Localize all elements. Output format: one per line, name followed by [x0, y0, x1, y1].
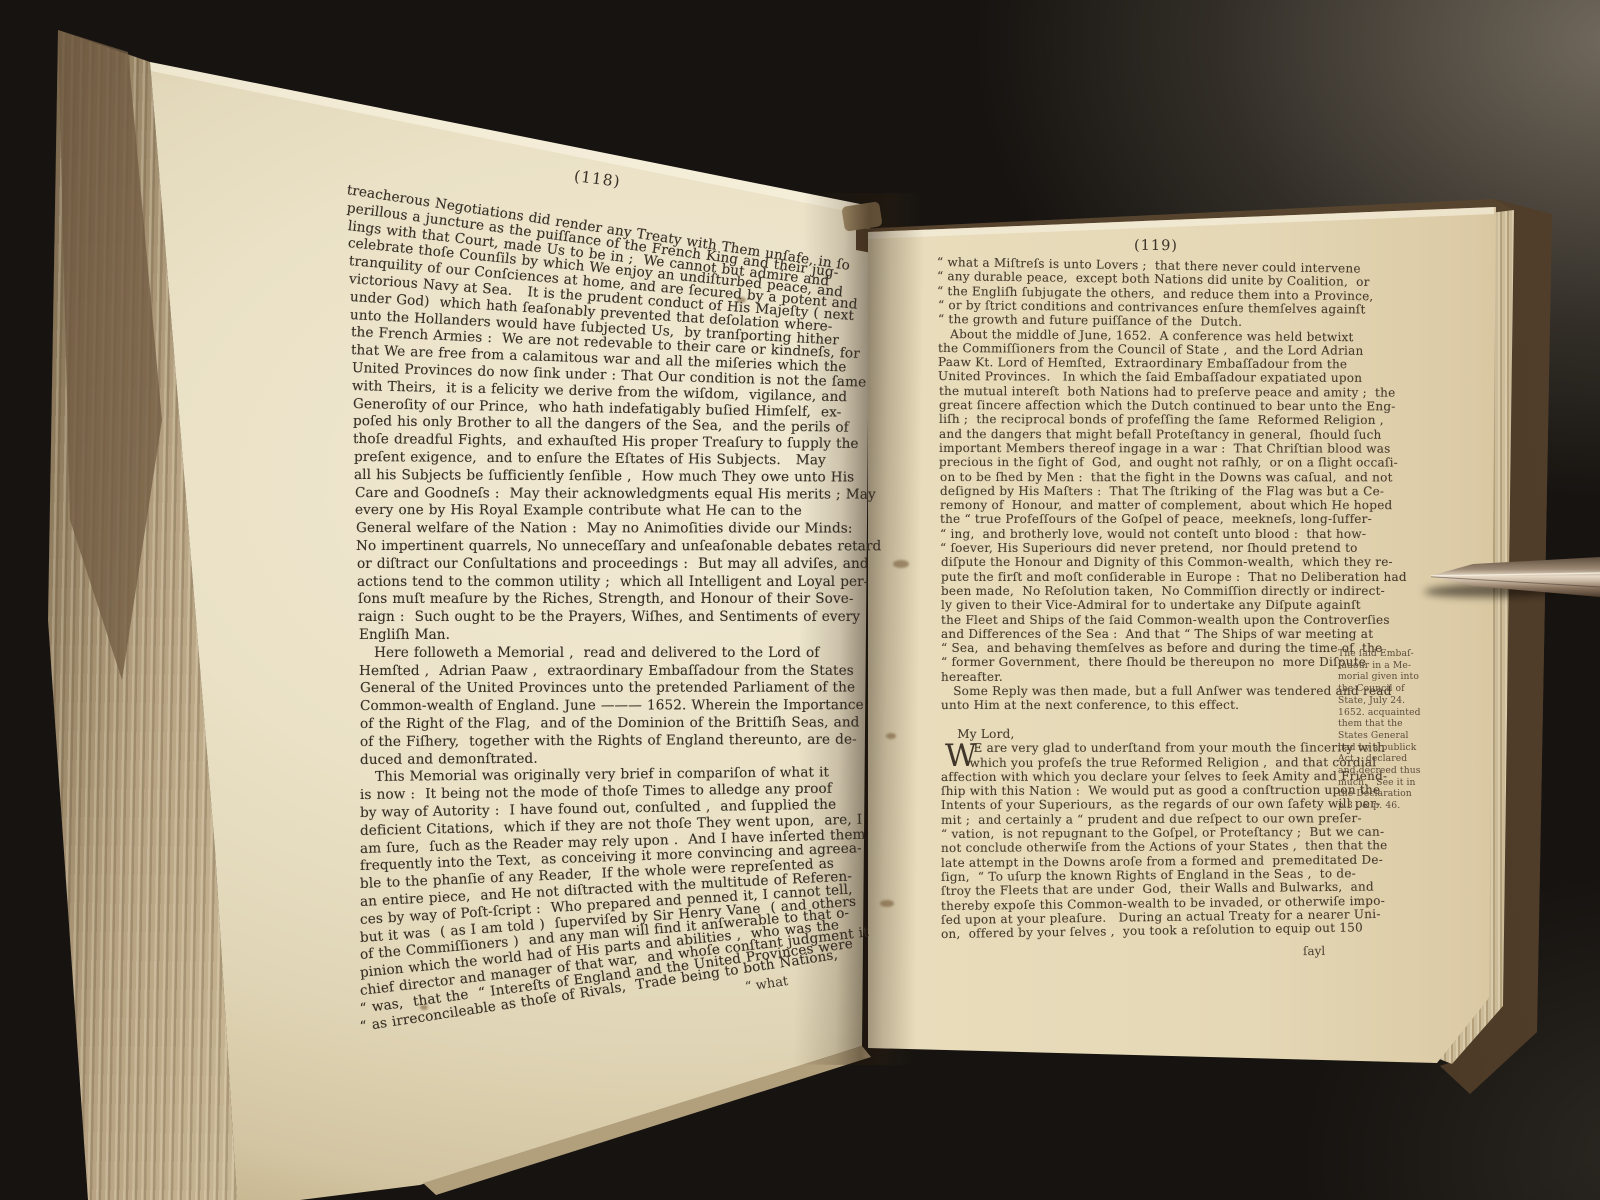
text-line: preſent exigence, and to enſure the Eſta…	[354, 449, 826, 468]
text-line: Act , declared	[1338, 753, 1407, 764]
text-line: actions tend to the common utility ; whi…	[357, 574, 868, 590]
text-line: “ ſoever, His Superiours did never prete…	[940, 541, 1358, 555]
text-line: No impertinent quarrels, No unneceſſary …	[356, 538, 881, 554]
text-line: E are very glad to underſtand from your …	[941, 741, 1385, 756]
text-line: “ former Government, there ſhould be the…	[941, 655, 1366, 669]
text-line: of the Right of the Flag, and of the Dom…	[360, 714, 860, 732]
text-line: “ Sea, and behaving themſelves as before…	[941, 641, 1382, 655]
text-line: United Provinces. In which the ſaid Emba…	[938, 369, 1362, 385]
text-line: and Differences of the Sea : And that “ …	[941, 627, 1373, 641]
text-line: precious in the ſight of God, and ought …	[939, 455, 1398, 469]
text-line: the mutual intereſt both Nations had to …	[939, 384, 1396, 400]
text-line: Hemſted , Adrian Paaw , extraordinary Em…	[359, 662, 854, 678]
text-line: them that the	[1338, 718, 1403, 729]
text-line: 1652. acquainted	[1338, 707, 1421, 718]
foxing-spot	[886, 733, 896, 739]
text-line: The ſaid Embaſ-	[1338, 648, 1414, 659]
text-line: Intents of your Superiours, as the regar…	[941, 797, 1380, 813]
text-line: or diſtract our Conſultations and procee…	[357, 556, 869, 572]
text-line: Common-wealth of England. June ——— 1652.…	[360, 697, 864, 714]
text-line: duced and demonſtrated.	[360, 750, 538, 767]
text-line: “ ing, and brotherly love, would not con…	[940, 527, 1366, 541]
text-line: ſons muſt meaſure by the Riches, Strengt…	[358, 591, 854, 607]
text-line: morial given into	[1338, 671, 1419, 682]
text-line: much. See it in	[1338, 777, 1416, 788]
text-line: States General	[1338, 730, 1409, 741]
text-line: General of the United Provinces unto the…	[360, 680, 855, 697]
text-line: hereafter.	[941, 670, 1003, 684]
text-line: all his Subjects be ſufficiently ſenſibl…	[354, 467, 854, 485]
text-line: unto Him at the next conference, to this…	[941, 698, 1239, 712]
text-line: liſh ; the reciprocal bonds of profeſſin…	[939, 412, 1384, 427]
text-line: every one by His Royal Example contribut…	[355, 502, 802, 519]
text-line: raign : Such ought to be the Prayers, Wi…	[358, 609, 860, 625]
text-line: Some Reply was then made, but a full Anſ…	[941, 684, 1392, 698]
text-line: Here followeth a Memorial , read and del…	[359, 645, 819, 661]
text-line: the Council of	[1338, 683, 1405, 694]
catchword-right: ſayl	[1303, 944, 1325, 958]
text-line: and decreed thus	[1338, 765, 1421, 776]
book-photo: (118) treacherous Negotiations did rende…	[0, 0, 1600, 1200]
text-line: State, July 24.	[1338, 695, 1405, 706]
text-line: had by a publick	[1338, 742, 1416, 753]
text-line: remony of Honour, and matter of compleme…	[940, 498, 1392, 512]
text-line: affection with which you declare your ſe…	[941, 769, 1387, 784]
text-line: of the Fiſhery, together with the Rights…	[360, 731, 857, 749]
text-line: and the dangers that might befall Proteſ…	[939, 427, 1382, 442]
text-line: the “ true Profeſſours of the Goſpel of …	[940, 512, 1372, 526]
foxing-spot	[880, 900, 894, 907]
text-line: on to be ſhed by Men : that the fight in…	[940, 470, 1393, 484]
foxing-spot	[893, 560, 909, 568]
text-line: Care and Goodneſs : May their acknowledg…	[355, 485, 876, 503]
drop-cap: W	[945, 741, 977, 771]
text-line: diſpute the Honour and Dignity of this C…	[941, 555, 1393, 569]
text-line: been made, No Reſolution taken, No Commi…	[941, 584, 1385, 598]
text-line: great ſincere affection which the Dutch …	[939, 398, 1396, 413]
metal-pointer	[1428, 549, 1600, 601]
text-line: Engliſh Man.	[359, 627, 450, 643]
text-line: deſigned by His Maſters : That The ſtrik…	[940, 484, 1384, 498]
text-line: p.3 . & p. 46.	[1338, 800, 1400, 811]
text-line: the Fleet and Ships of the ſaid Common-w…	[941, 612, 1390, 626]
text-line: ly given to their Vice-Admiral for to un…	[941, 598, 1361, 612]
text-line: ſadour in a Me-	[1338, 660, 1411, 671]
text-line: which you profeſs the true Reformed Reli…	[941, 755, 1376, 770]
text-line: the Declaration	[1338, 788, 1412, 799]
page-number-right: (119)	[1134, 238, 1178, 254]
text-line: pute the firſt and moſt conſiderable in …	[941, 570, 1407, 584]
text-line: General welfare of the Nation : May no A…	[356, 520, 853, 537]
text-line: important Members thereof ingage in a wa…	[939, 441, 1391, 456]
